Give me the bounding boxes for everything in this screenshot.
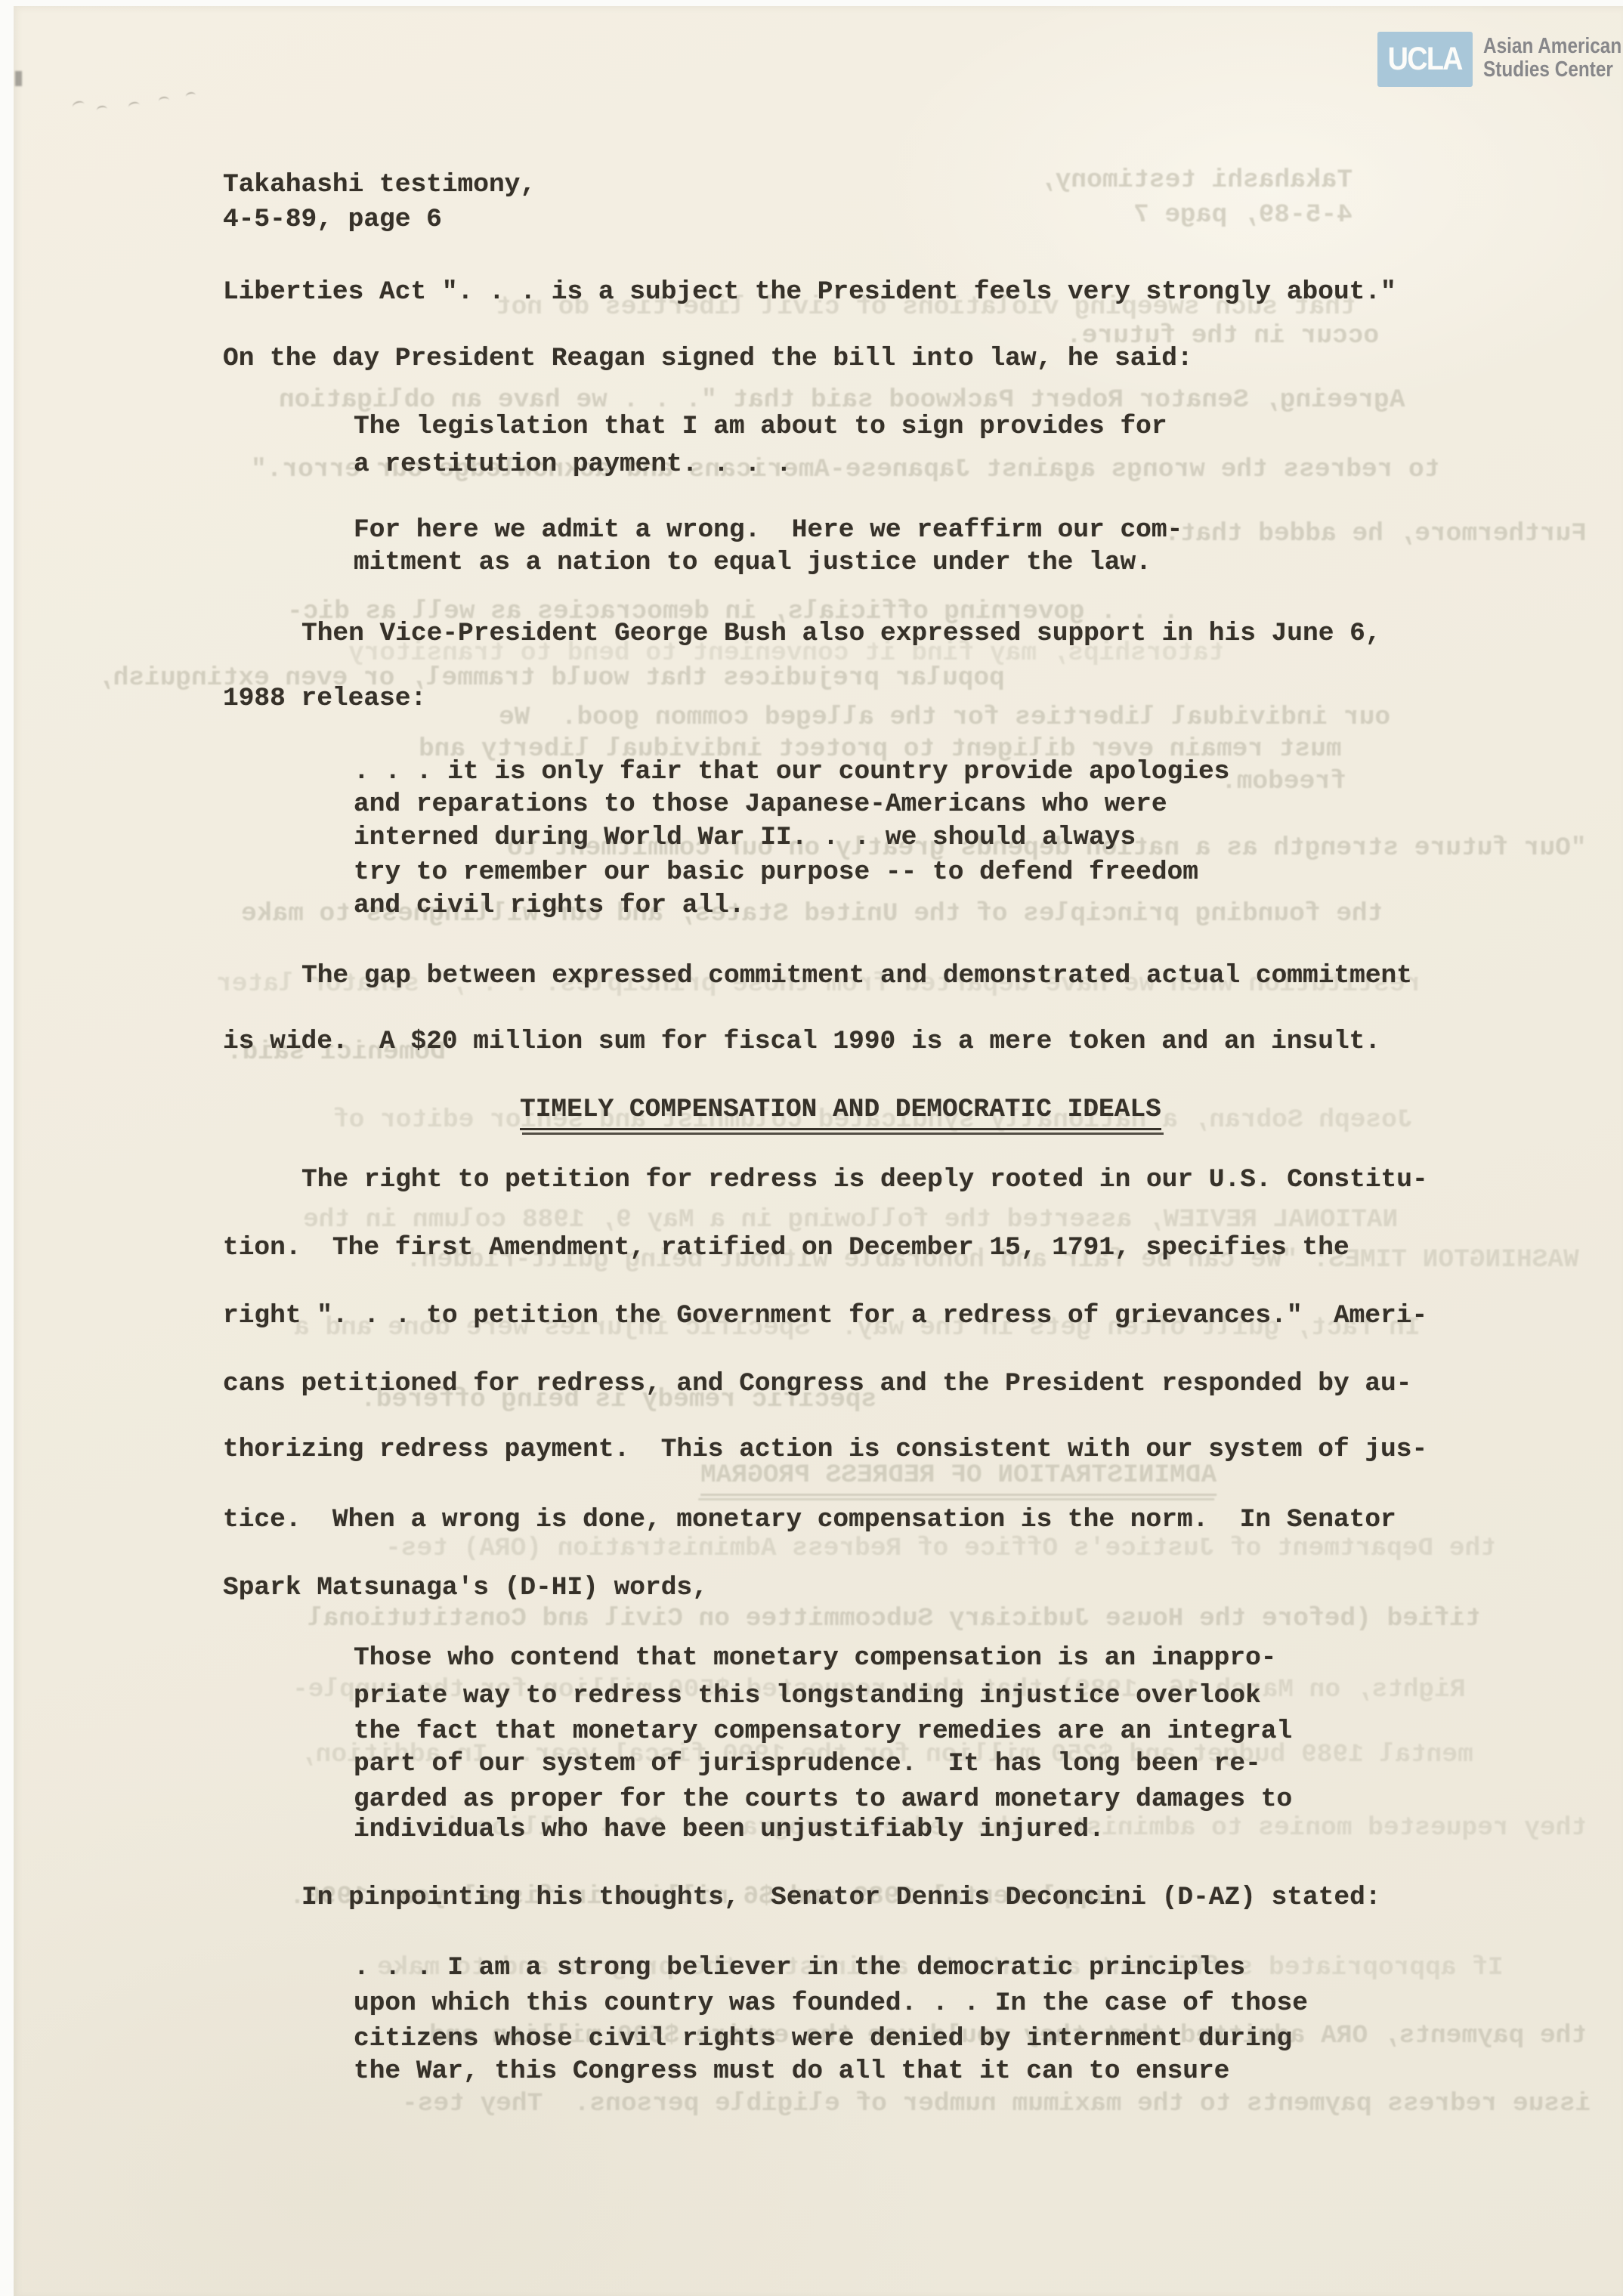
- pencil-mark: [185, 91, 196, 100]
- ghost-line: Takahashi testimony,: [1040, 168, 1352, 194]
- typed-line: 4-5-89, page 6: [223, 207, 442, 233]
- typed-line: On the day President Reagan signed the b…: [223, 346, 1193, 372]
- ghost-line: our individual liberties for the alleged…: [499, 705, 1390, 731]
- typed-line: upon which this country was founded. . .…: [354, 1991, 1308, 2017]
- typed-line: tion. The first Amendment, ratified on D…: [223, 1235, 1349, 1262]
- pencil-mark: [158, 96, 169, 105]
- typed-line: mitment as a nation to equal justice und…: [354, 550, 1152, 576]
- scan-edge-artifact: [15, 71, 22, 86]
- typed-line: right ". . . to petition the Government …: [223, 1303, 1427, 1330]
- typed-line: try to remember our basic purpose -- to …: [354, 860, 1198, 886]
- typed-line: garded as proper for the courts to award…: [354, 1787, 1292, 1813]
- typed-line: . . . it is only fair that our country p…: [354, 759, 1229, 786]
- ghost-line: Agreeing, Senator Robert Packwood said t…: [279, 388, 1405, 414]
- typed-line: . . . I am a strong believer in the demo…: [354, 1955, 1245, 1982]
- typed-line: the fact that monetary compensatory reme…: [354, 1719, 1292, 1745]
- typed-line: citizens whose civil rights were denied …: [354, 2026, 1292, 2053]
- paper: UCLA Asian American Studies Center Takah…: [14, 6, 1623, 2296]
- pencil-mark: [128, 101, 141, 112]
- typed-line: is wide. A $20 million sum for fiscal 19…: [223, 1029, 1380, 1055]
- ghost-line: Furthermore, he added that:: [1164, 521, 1587, 548]
- typed-line: Those who contend that monetary compensa…: [354, 1646, 1277, 1672]
- typed-line: priate way to redress this longstanding …: [354, 1683, 1261, 1710]
- asian-american-studies-center-label: Asian American Studies Center: [1483, 35, 1621, 82]
- typed-line: thorizing redress payment. This action i…: [223, 1437, 1427, 1463]
- scanned-document-page: UCLA Asian American Studies Center Takah…: [0, 0, 1623, 2296]
- typed-line: 1988 release:: [223, 686, 426, 712]
- typed-line: In pinpointing his thoughts, Senator Den…: [301, 1885, 1381, 1911]
- typed-line: The gap between expressed commitment and…: [301, 963, 1412, 990]
- typed-line: and civil rights for all.: [354, 893, 745, 919]
- typed-line: the War, this Congress must do all that …: [354, 2059, 1229, 2085]
- section-heading: TIMELY COMPENSATION AND DEMOCRATIC IDEAL…: [520, 1097, 1161, 1130]
- typed-line: Then Vice-President George Bush also exp…: [301, 621, 1381, 647]
- ghost-line: NATIONAL REVIEW, asserted the following …: [303, 1207, 1398, 1234]
- ghost-line: freedom.: [1221, 769, 1346, 796]
- typed-line: and reparations to those Japanese-Americ…: [354, 792, 1167, 818]
- ucla-logo-letters: UCLA: [1388, 41, 1462, 78]
- ghost-line: the Department of Justice's Office of Re…: [385, 1536, 1496, 1562]
- typed-line: Liberties Act ". . . is a subject the Pr…: [223, 280, 1396, 306]
- logo-text-line1: Asian American: [1483, 35, 1621, 58]
- typed-line: cans petitioned for redress, and Congres…: [223, 1371, 1411, 1398]
- pencil-mark: [96, 105, 107, 115]
- pencil-mark: [72, 100, 86, 112]
- ucla-aasc-logo: UCLA Asian American Studies Center: [1377, 29, 1623, 91]
- typed-line: Takahashi testimony,: [223, 172, 536, 199]
- typed-line: part of our system of jurisprudence. It …: [354, 1751, 1261, 1778]
- typed-line: The legislation that I am about to sign …: [354, 414, 1167, 440]
- ghost-line: tified (before the House Judiciary Subco…: [308, 1606, 1481, 1633]
- ghost-line: issue redress payments to the maximum nu…: [402, 2091, 1591, 2118]
- ghost-line: 4-5-89, page 7: [1133, 202, 1352, 229]
- ghost-line: ADMINISTRATION OF REDRESS PROGRAM: [700, 1463, 1216, 1496]
- typed-line: individuals who have been unjustifiably …: [354, 1817, 1105, 1843]
- typed-line: The right to petition for redress is dee…: [301, 1167, 1428, 1194]
- typed-line: a restitution payment. . . .: [354, 452, 792, 478]
- ucla-logo-mark: UCLA: [1377, 32, 1473, 87]
- typed-line: interned during World War II. . . we sho…: [354, 825, 1136, 851]
- typed-line: tice. When a wrong is done, monetary com…: [223, 1507, 1396, 1534]
- typed-line: For here we admit a wrong. Here we reaff…: [354, 518, 1182, 544]
- logo-text-line2: Studies Center: [1483, 58, 1621, 82]
- typed-line: Spark Matsunaga's (D-HI) words,: [223, 1575, 708, 1602]
